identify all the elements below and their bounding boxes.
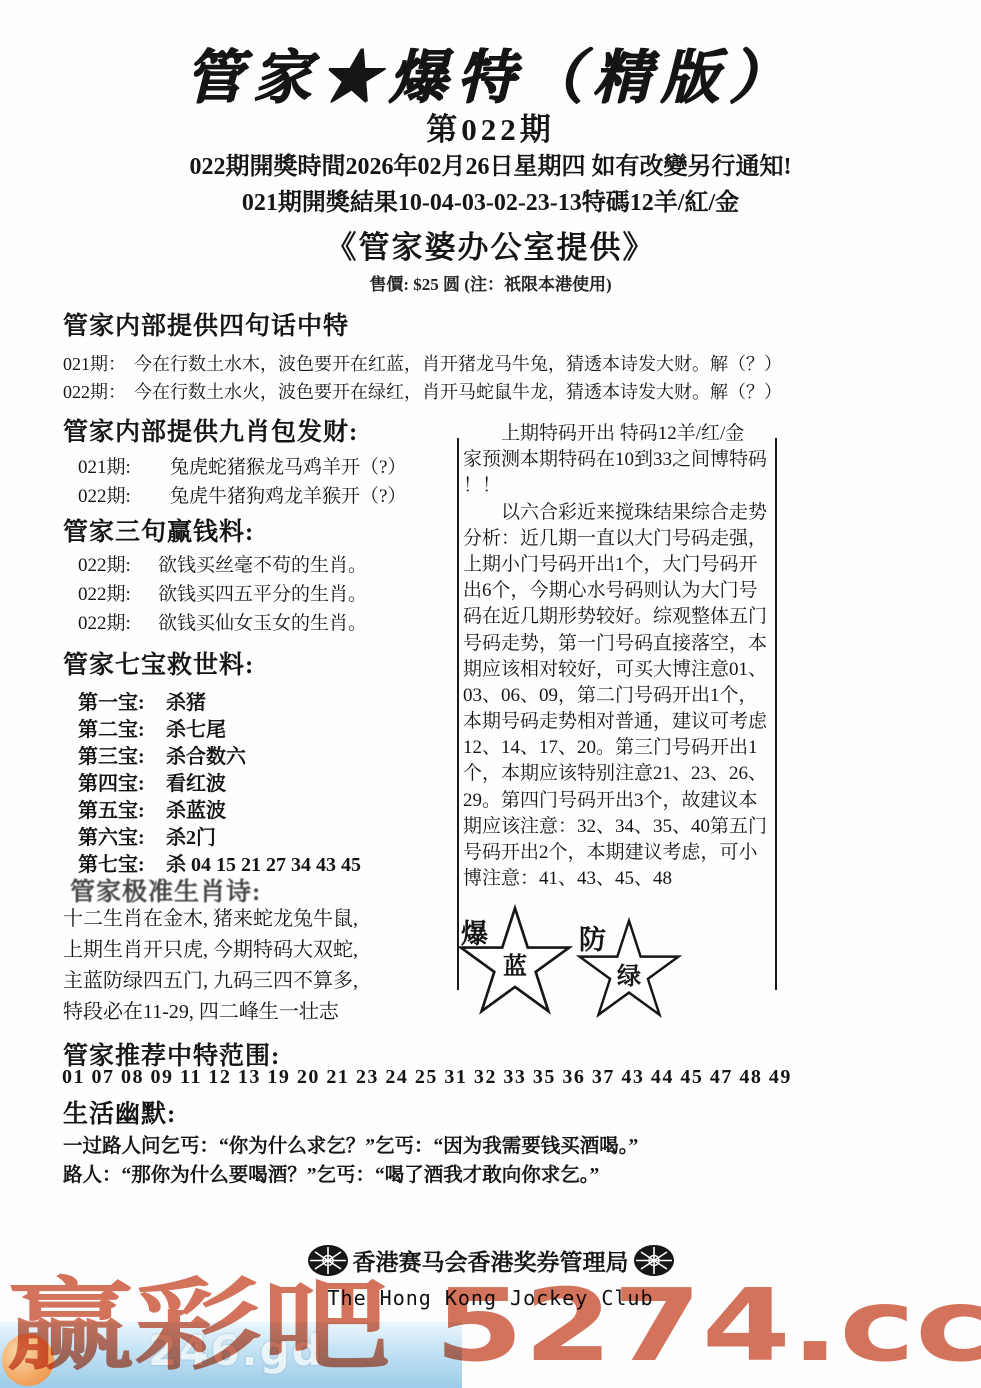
list-item: 第四宝: 看红波	[78, 767, 448, 794]
analysis-line: 家预测本期特码在10到33之间博特码	[463, 444, 773, 470]
list-item: 022期: 兔虎牛猪狗鸡龙羊猴开（?）	[78, 481, 448, 510]
analysis-line: 码在近几期形势较好。综观整体五门	[463, 601, 773, 627]
star-green-label: 防	[579, 918, 606, 957]
three-sentences-rows: 022期: 欲钱买丝毫不苟的生肖。 022期: 欲钱买四五平分的生肖。 022期…	[78, 550, 448, 637]
row-text: 欲钱买丝毫不苟的生肖。	[158, 550, 367, 579]
poem-line: 十二生肖在金木, 猪来蛇龙兔牛鼠,	[63, 902, 453, 933]
humor-lines: 一过路人问乞丐：“你为什么求乞？”乞丐：“因为我需要钱买酒喝。”路人：“那你为什…	[63, 1130, 943, 1188]
list-item: 第三宝: 杀合数六	[78, 740, 448, 767]
row-label: 022期:	[78, 550, 158, 579]
analysis-line: 个，本期应该特别注意21、23、26、	[463, 758, 773, 784]
list-item: 021期: 兔虎蛇猪猴龙马鸡羊开（?）	[78, 452, 448, 481]
row-label: 第七宝:	[78, 848, 166, 875]
page-title: 管家★爆特（精版）	[0, 30, 981, 114]
poem-line: 主蓝防绿四五门, 九码三四不算多,	[63, 964, 453, 995]
list-item: 第二宝: 杀七尾	[78, 713, 448, 740]
row-text: 兔虎蛇猪猴龙马鸡羊开（?）	[170, 452, 406, 481]
star-blue-label: 爆	[461, 912, 488, 951]
row-label: 022期:	[78, 481, 170, 510]
humor-line: 一过路人问乞丐：“你为什么求乞？”乞丐：“因为我需要钱买酒喝。”	[63, 1130, 943, 1159]
analysis-line: 出6个，今期心水号码则认为大门号	[463, 575, 773, 601]
row-label: 第四宝:	[78, 767, 166, 794]
row-text: 杀猪	[166, 686, 206, 713]
analysis-line: 号码走势，第一门号码直接落空，本	[463, 628, 773, 654]
row-text: 欲钱买仙女玉女的生肖。	[158, 608, 367, 637]
row-label: 021期:	[78, 452, 170, 481]
analysis-line: 上期特码开出 特码12羊/红/金	[463, 418, 773, 444]
analysis-line: 12、14、17、20。第三门号码开出1	[463, 732, 773, 758]
row-text: 欲钱买四五平分的生肖。	[158, 579, 367, 608]
flyer-page: 管家★爆特（精版） 第022期 022期開獎時間2026年02月26日星期四 如…	[0, 0, 981, 1388]
list-item: 021期： 今在行数土水木，波色要开在红蓝，肖开猪龙马牛兔，猜透本诗发大财。解（…	[63, 350, 943, 378]
recommend-numbers: 01 07 08 09 11 12 13 19 20 21 23 24 25 3…	[62, 1066, 962, 1089]
row-label: 022期:	[78, 608, 158, 637]
nine-zodiac-rows: 021期: 兔虎蛇猪猴龙马鸡羊开（?） 022期: 兔虎牛猪狗鸡龙羊猴开（?）	[78, 452, 448, 510]
list-item: 022期: 欲钱买四五平分的生肖。	[78, 579, 448, 608]
list-item: 022期： 今在行数土水火，波色要开在绿红，肖开马蛇鼠牛龙，猜透本诗发大财。解（…	[63, 378, 943, 406]
poem-line: 特段必在11-29, 四二峰生一壮志	[63, 995, 453, 1026]
analysis-line: 本期号码走势相对普通，建议可考虑	[463, 706, 773, 732]
seven-treasures-heading: 管家七宝救世料:	[63, 645, 254, 681]
issue-number: 第022期	[0, 104, 981, 149]
last-result-line: 021期開獎結果10-04-03-02-23-13特碼12羊/紅/金	[0, 182, 981, 217]
row-text: 今在行数土水木，波色要开在红蓝，肖开猪龙马牛兔，猜透本诗发大财。解（？）	[134, 350, 782, 378]
analysis-line: 上期小门号码开出1个，大门号码开	[463, 549, 773, 575]
row-label: 第一宝:	[78, 686, 166, 713]
row-label: 第五宝:	[78, 794, 166, 821]
analysis-line: 期应该相对较好，可买大博注意01、	[463, 654, 773, 680]
list-item: 022期: 欲钱买丝毫不苟的生肖。	[78, 550, 448, 579]
analysis-panel-lines: 上期特码开出 特码12羊/红/金家预测本期特码在10到33之间博特码！！ 以六合…	[463, 418, 773, 889]
list-item: 第一宝: 杀猪	[78, 686, 448, 713]
analysis-line: 分析：近几期一直以大门号码走强，	[463, 523, 773, 549]
analysis-line: 以六合彩近来搅珠结果综合走势	[463, 497, 773, 523]
humor-heading: 生活幽默:	[63, 1094, 176, 1130]
row-label: 021期：	[63, 350, 126, 378]
list-item: 第六宝: 杀2门	[78, 821, 448, 848]
row-label: 第三宝:	[78, 740, 166, 767]
row-text: 今在行数土水火，波色要开在绿红，肖开马蛇鼠牛龙，猜透本诗发大财。解（？）	[134, 378, 782, 406]
analysis-line: 29。第四门号码开出3个，故建议本	[463, 785, 773, 811]
four-sentences-heading: 管家内部提供四句话中特	[63, 306, 349, 342]
nine-zodiac-heading: 管家内部提供九肖包发财:	[63, 412, 358, 448]
zodiac-poem-lines: 十二生肖在金木, 猪来蛇龙兔牛鼠,上期生肖开只虎, 今期特码大双蛇,主蓝防绿四五…	[63, 902, 453, 1026]
humor-line: 路人：“那你为什么要喝酒？”乞丐：“喝了酒我才敢向你求乞。”	[63, 1159, 943, 1188]
star-green-center-text: 绿	[617, 956, 641, 991]
row-text: 看红波	[166, 767, 226, 794]
price-line: 售價: $25 圆 (注：祇限本港使用)	[0, 270, 981, 295]
analysis-line: 期应该注意：32、34、35、40第五门	[463, 811, 773, 837]
panel-right-border	[775, 438, 777, 990]
list-item: 第五宝: 杀蓝波	[78, 794, 448, 821]
row-text: 杀2门	[166, 821, 216, 848]
list-item: 022期: 欲钱买仙女玉女的生肖。	[78, 608, 448, 637]
draw-time-line: 022期開獎時間2026年02月26日星期四 如有改變另行通知!	[0, 146, 981, 181]
row-label: 022期：	[63, 378, 126, 406]
site-watermark: 赢彩吧 5274.cc	[6, 1276, 981, 1376]
analysis-line: 博注意：41、43、45、48	[463, 863, 773, 889]
provider-line: 《管家婆办公室提供》	[0, 222, 981, 267]
star-blue-center-text: 蓝	[503, 946, 527, 981]
row-text: 杀七尾	[166, 713, 226, 740]
analysis-line: 03、06、09，第二门号码开出1个，	[463, 680, 773, 706]
row-label: 022期:	[78, 579, 158, 608]
three-sentences-heading: 管家三句赢钱料:	[63, 512, 254, 548]
four-sentences-rows: 021期： 今在行数土水木，波色要开在红蓝，肖开猪龙马牛兔，猜透本诗发大财。解（…	[63, 350, 943, 406]
row-label: 第六宝:	[78, 821, 166, 848]
row-text: 杀 04 15 21 27 34 43 45	[166, 848, 361, 875]
analysis-line: 号码开出2个，本期建议考虑，可小	[463, 837, 773, 863]
row-text: 兔虎牛猪狗鸡龙羊猴开（?）	[170, 481, 406, 510]
row-label: 第二宝:	[78, 713, 166, 740]
analysis-line: ！！	[463, 470, 773, 496]
poem-line: 上期生肖开只虎, 今期特码大双蛇,	[63, 933, 453, 964]
seven-treasures-rows: 第一宝: 杀猪 第二宝: 杀七尾 第三宝: 杀合数六 第四宝: 看红波 第五宝:…	[78, 686, 448, 875]
list-item: 第七宝: 杀 04 15 21 27 34 43 45	[78, 848, 448, 875]
row-text: 杀合数六	[166, 740, 246, 767]
row-text: 杀蓝波	[166, 794, 226, 821]
